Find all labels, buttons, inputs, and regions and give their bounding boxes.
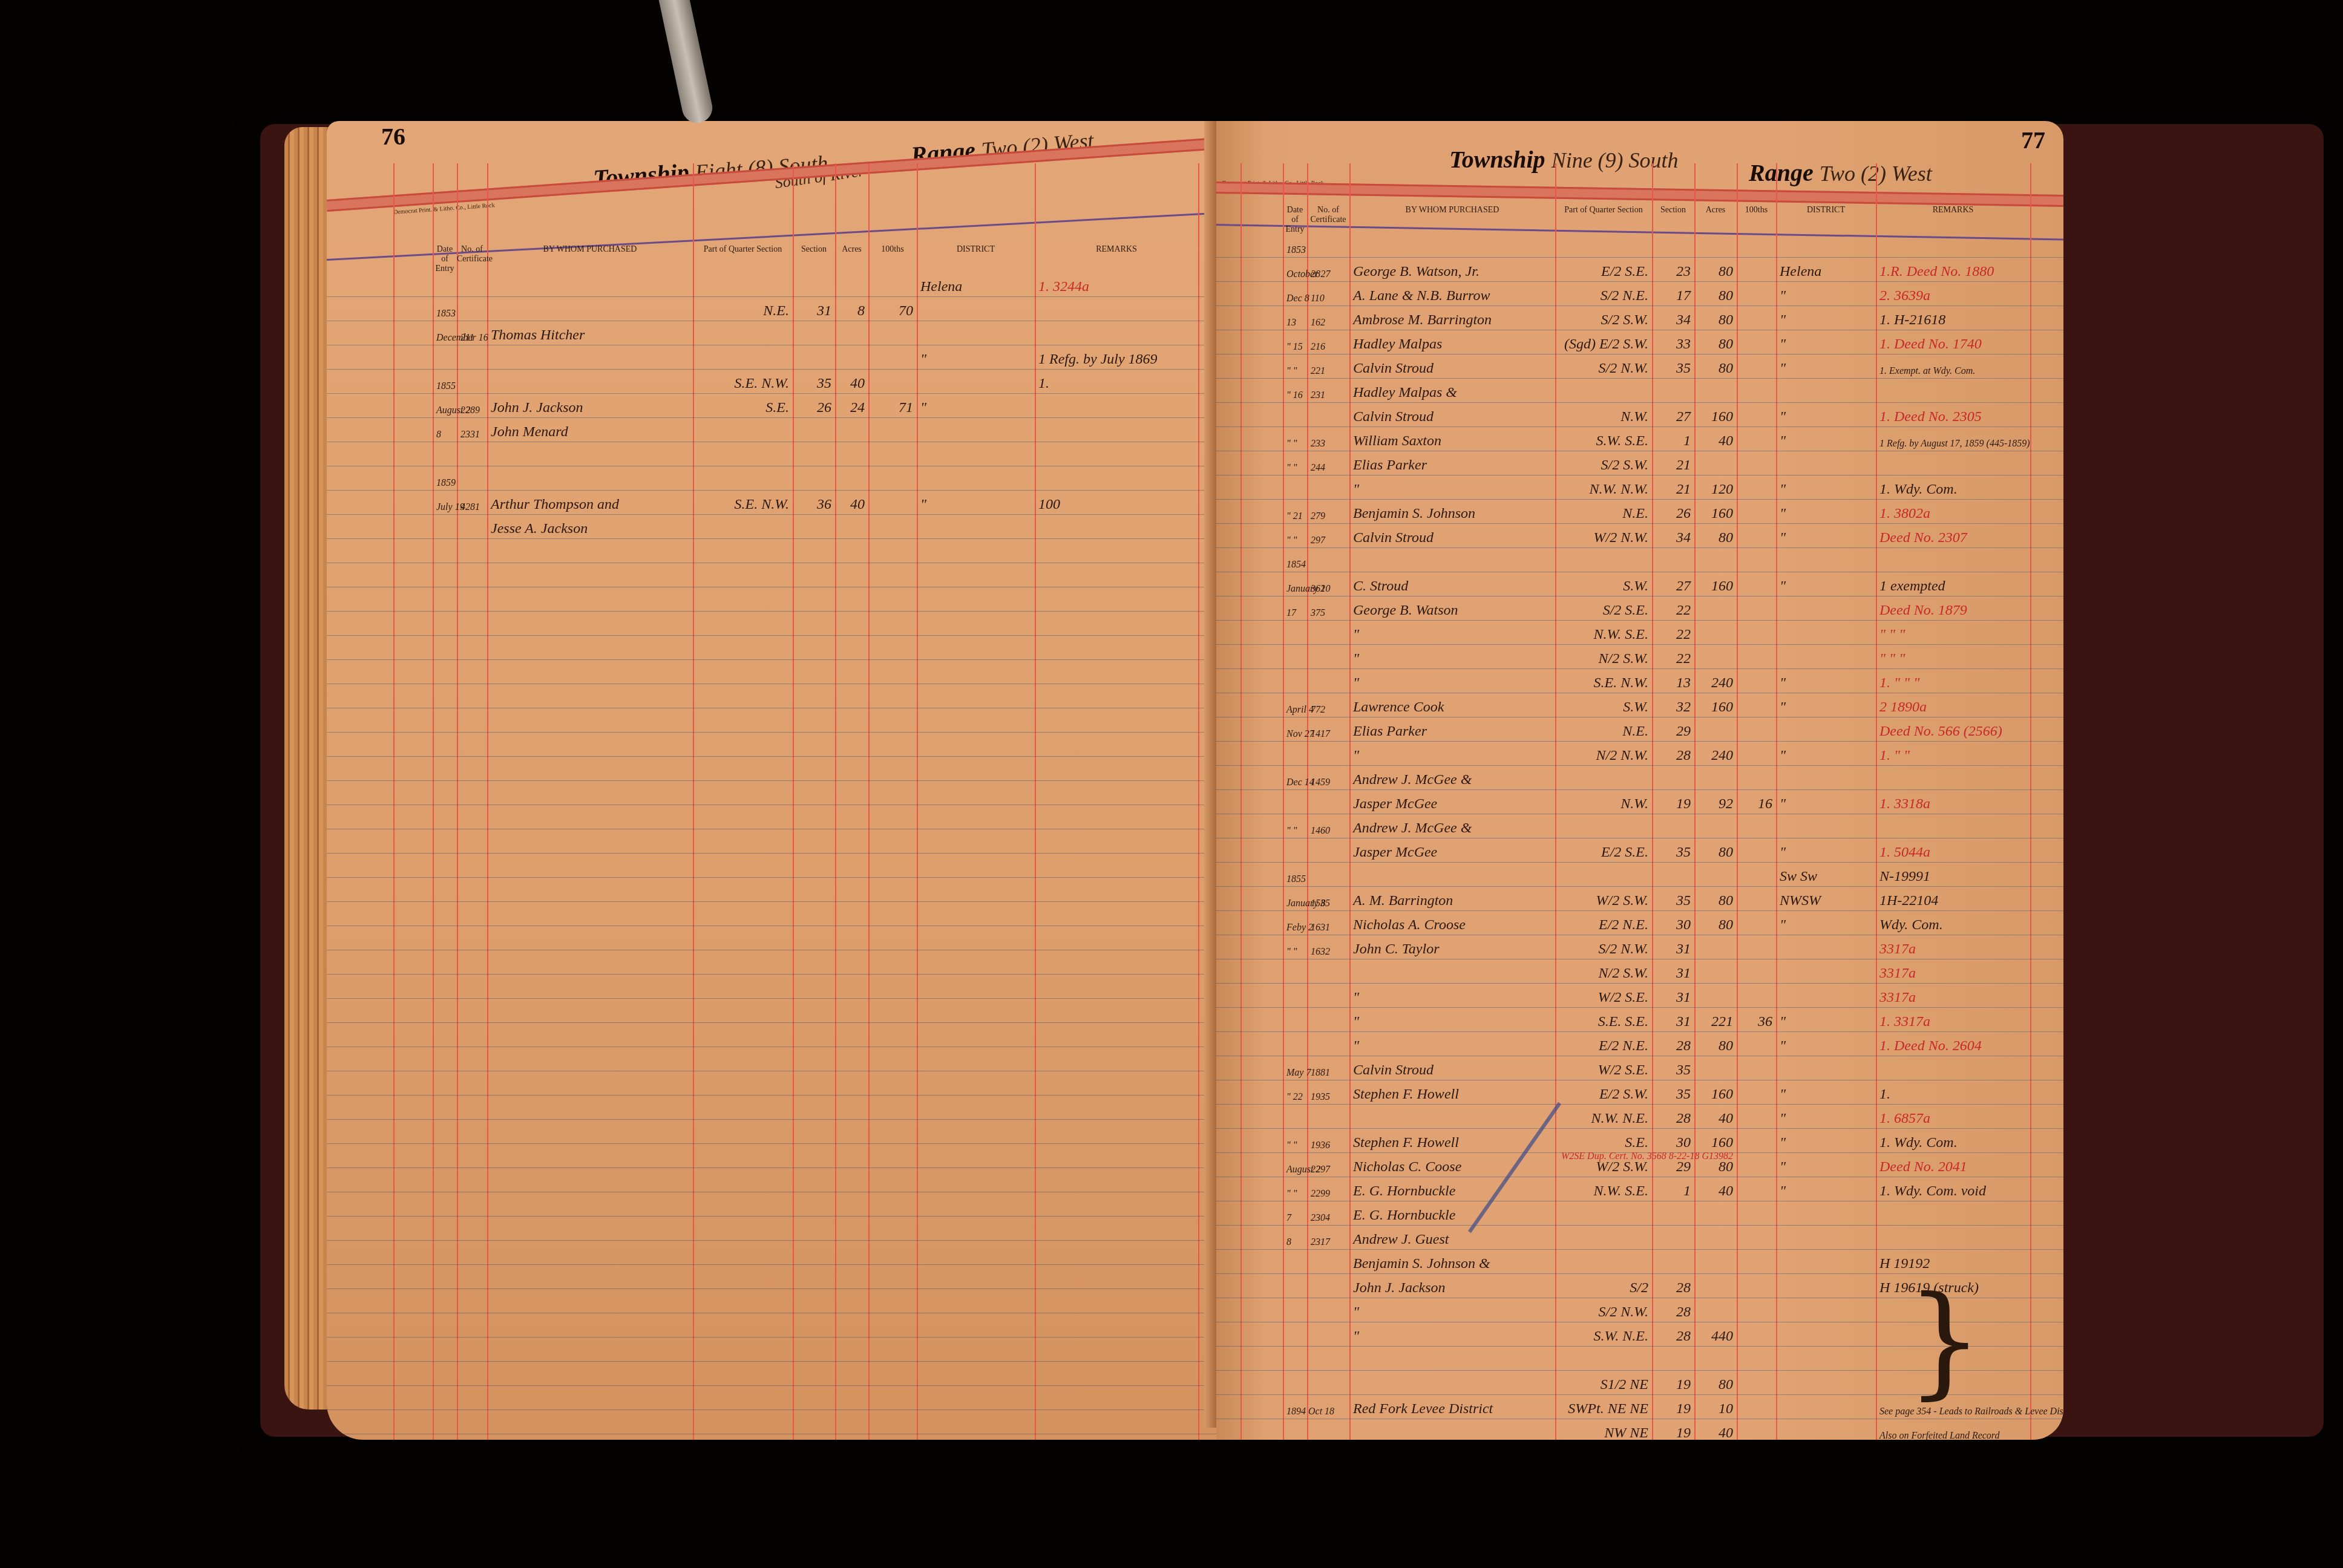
ledger-row: "E/2 N.E.2880"1. Deed No. 2604 [1216,1031,2063,1056]
date-of-entry: May 7 [1286,1068,1311,1079]
column-header-quarter-section: Part of Quarter Section [1555,206,1652,215]
quarter-section: S.E. [765,400,789,416]
acres: 80 [1719,336,1733,353]
district: " [1780,844,1786,861]
column-header-remarks: REMARKS [1035,245,1198,255]
purchaser-name: Thomas Hitcher [491,327,585,344]
remarks: 1. " " [1879,748,1910,764]
hundredths: 36 [1758,1014,1772,1030]
district: " [1780,530,1786,546]
acres: 8 [857,303,865,319]
section: 19 [1676,796,1691,812]
date-of-entry: " 16 [1286,390,1303,401]
district: " [1780,482,1786,498]
purchaser-name: Nicholas A. Croose [1353,917,1466,933]
ledger-row: 72304E. G. Hornbuckle [1216,1201,2063,1225]
ledger-row: " "1632John C. TaylorS/2 N.W.313317a [1216,935,2063,959]
purchaser-name: Hadley Malpas & [1353,385,1457,401]
hundredths: 70 [899,303,913,319]
quarter-section: W/2 N.W. [1594,530,1648,546]
acres: 92 [1719,796,1733,812]
purchaser-name: " [1353,1304,1359,1321]
purchaser-name: Nicholas C. Coose [1353,1159,1461,1175]
section: 35 [1676,361,1691,377]
acres: 80 [1719,288,1733,304]
certificate-number: 162 [1311,318,1325,328]
ruled-line [327,708,1216,708]
remarks: 1. Deed No. 1740 [1879,336,1982,353]
remarks: 1 Refg. by July 1869 [1038,351,1158,368]
section: 1 [1683,433,1691,449]
acres: 80 [1719,844,1733,861]
acres: 40 [850,376,865,392]
page-number: 77 [2021,126,2045,154]
column-header-district: DISTRICT [917,245,1035,255]
ledger-row: April 4772Lawrence CookS.W.32160"2 1890a [1216,693,2063,717]
ledger-row: October 2728George B. Watson, Jr.E/2 S.E… [1216,257,2063,281]
ruled-line [327,1216,1216,1217]
date-of-entry: " 15 [1286,342,1303,353]
remarks: 1. 3802a [1879,506,1930,522]
column-header-certificate-number: No. of Certificate [1307,206,1349,225]
date-of-entry: 1894 Oct 18 [1286,1406,1334,1417]
remarks: 1. H-21618 [1879,312,1945,328]
acres: 40 [850,497,865,513]
quarter-section: S.E. N.W. [1594,675,1648,691]
purchaser-name: Jasper McGee [1353,844,1437,861]
date-of-entry: 1855 [436,381,456,392]
district: " [920,497,926,513]
date-of-entry: Feby 2 [1286,923,1313,933]
district: " [1780,288,1786,304]
purchaser-name: " [1353,651,1359,667]
remarks: Wdy. Com. [1879,917,1943,933]
remarks: 1. Deed No. 2604 [1879,1038,1982,1054]
date-of-entry: 1854 [1286,560,1306,570]
certificate-number: 297 [1311,535,1325,546]
hundredths: 71 [899,400,913,416]
remarks: 1. 6857a [1879,1111,1930,1127]
quarter-section: S.W. N.E. [1594,1328,1648,1345]
section: 30 [1676,1135,1691,1151]
acres: 240 [1711,748,1733,764]
certificate-number: 216 [1311,342,1325,353]
acres: 80 [1719,530,1733,546]
purchaser-name: Andrew J. McGee & [1353,820,1472,837]
remarks: 1. Wdy. Com. [1879,482,1958,498]
quarter-section: S/2 N.W. [1599,941,1648,958]
acres: 80 [1719,312,1733,328]
ruled-line [327,998,1216,999]
purchaser-name: Benjamin S. Johnson [1353,506,1475,522]
section: 36 [817,497,831,513]
certificate-number: 221 [1311,366,1325,377]
section: 13 [1676,675,1691,691]
section: 28 [1676,1280,1691,1296]
certificate-number: 1881 [1311,1068,1330,1079]
district: " [1780,312,1786,328]
quarter-section: S1/2 NE [1601,1377,1648,1393]
township-header: Township Nine (9) South [1449,145,1679,174]
purchaser-name: " [1353,748,1359,764]
remarks: Deed No. 2307 [1879,530,1967,546]
quarter-section: S/2 S.E. [1603,603,1648,619]
remarks: 1. Exempt. at Wdy. Com. [1879,366,1975,377]
purchaser-name: C. Stroud [1353,578,1408,595]
acres: 80 [1719,264,1733,280]
quarter-section: NW NE [1604,1425,1648,1440]
acres: 80 [1719,361,1733,377]
purchaser-name: " [1353,1328,1359,1345]
ledger-row: NW NE1940Also on Forfeited Land Record [1216,1419,2063,1440]
purchaser-name: John Menard [491,424,568,440]
ledger-row: July 194281Arthur Thompson andS.E. N.W.3… [327,490,1216,514]
date-of-entry: April 4 [1286,705,1314,716]
certificate-number: 1936 [1311,1140,1330,1151]
section: 35 [1676,844,1691,861]
certificate-number: 2297 [1311,1165,1330,1175]
ledger-row: " "221Calvin StroudS/2 N.W.3580"1. Exemp… [1216,354,2063,378]
purchaser-name: Andrew J. McGee & [1353,772,1472,788]
township-value: Nine (9) South [1552,148,1679,172]
acres: 40 [1719,1183,1733,1200]
certificate-number: 1459 [1311,777,1330,788]
remarks: 1. " " " [1879,675,1919,691]
ruled-line [327,659,1216,660]
ledger-row: "N/2 N.W.28240"1. " " [1216,741,2063,765]
section: 21 [1676,482,1691,498]
quarter-section: E/2 N.E. [1599,917,1648,933]
ruled-line [327,1143,1216,1144]
ruled-line [327,950,1216,950]
certificate-number: 4281 [460,502,480,513]
quarter-section: S.W. S.E. [1596,433,1648,449]
purchaser-name: George B. Watson, Jr. [1353,264,1480,280]
ruled-line [327,805,1216,805]
date-of-entry: 1855 [1286,874,1306,885]
section: 27 [1676,409,1691,425]
purchaser-name: John J. Jackson [1353,1280,1446,1296]
remarks: " " " [1879,627,1905,643]
section: 27 [1676,578,1691,595]
quarter-section: (Sgd) E/2 S.W. [1564,336,1648,353]
date-of-entry: " " [1286,1189,1297,1200]
acres: 160 [1711,409,1733,425]
ruled-line [327,926,1216,926]
acres: 160 [1711,506,1733,522]
section: 17 [1676,288,1691,304]
district: " [1780,1014,1786,1030]
section: 26 [817,400,831,416]
remarks: 1. Wdy. Com. [1879,1135,1958,1151]
column-header-purchaser-name: BY WHOM PURCHASED [1349,206,1555,215]
purchaser-name: Calvin Stroud [1353,1062,1434,1079]
purchaser-name: John C. Taylor [1353,941,1439,958]
purchaser-name: Stephen F. Howell [1353,1135,1459,1151]
remarks: 1 Refg. by August 17, 1859 (445-1859) [1879,439,2030,449]
ledger-row: Feby 21631Nicholas A. CrooseE/2 N.E.3080… [1216,910,2063,935]
remarks: 1. Deed No. 2305 [1879,409,1982,425]
acres: 40 [1719,433,1733,449]
certificate-number: 1632 [1311,947,1330,958]
district: " [1780,1159,1786,1175]
section: 19 [1676,1425,1691,1440]
district: NWSW [1780,893,1821,909]
purchaser-name: Calvin Stroud [1353,361,1434,377]
remarks: 1H-22104 [1879,893,1938,909]
ruled-line [327,1410,1216,1410]
ledger-row: " 221935Stephen F. HowellE/2 S.W.35160"1… [1216,1080,2063,1104]
ledger-row: "N/2 S.W.22" " " [1216,644,2063,668]
date-of-entry: " " [1286,535,1297,546]
acres: 160 [1711,1086,1733,1103]
ledger-row: " 15216Hadley Malpas(Sgd) E/2 S.W.3380"1… [1216,330,2063,354]
quarter-section: N.E. [1622,724,1648,740]
purchaser-name: E. G. Hornbuckle [1353,1207,1455,1224]
quarter-section: S.E. N.W. [735,497,789,513]
district: " [1780,1086,1786,1103]
district: " [1780,748,1786,764]
ledger-row: "W/2 S.E.313317a [1216,983,2063,1007]
section: 30 [1676,917,1691,933]
certificate-number: 2289 [460,405,480,416]
certificate-number: 2299 [1311,1189,1330,1200]
header-rule [327,137,1214,211]
remarks: 1. [1879,1086,1890,1103]
ruled-line [327,732,1216,733]
ledger-row: "N.W. S.E.22" " " [1216,620,2063,644]
section: 26 [1676,506,1691,522]
purchaser-name: E. G. Hornbuckle [1353,1183,1455,1200]
remarks: 1. 3317a [1879,1014,1930,1030]
section: 35 [1676,1086,1691,1103]
date-of-entry: " " [1286,826,1297,837]
remarks: 100 [1038,497,1060,513]
district: " [1780,433,1786,449]
acres: 240 [1711,675,1733,691]
remarks: Deed No. 2041 [1879,1159,1967,1175]
section: 28 [1676,1038,1691,1054]
date-of-entry: " " [1286,439,1297,449]
district: " [1780,409,1786,425]
quarter-section: E/2 S.E. [1601,264,1648,280]
bracket-mark: } [1906,1270,1983,1411]
ruled-line [327,1119,1216,1120]
purchaser-name: William Saxton [1353,433,1441,449]
ledger-row: Calvin StroudN.W.27160"1. Deed No. 2305 [1216,402,2063,426]
acres: 80 [1719,1038,1733,1054]
acres: 80 [1719,1377,1733,1393]
purchaser-name: Elias Parker [1353,724,1427,740]
quarter-section: N.W. S.E. [1594,1183,1648,1200]
remarks: 1. 3244a [1038,279,1089,295]
ledger-row: Dec 141459Andrew J. McGee & [1216,765,2063,789]
date-of-entry: " " [1286,463,1297,474]
certificate-number: 1535 [1311,898,1330,909]
certificate-number: 231 [1311,390,1325,401]
quarter-section: S.E. [1625,1135,1648,1151]
section: 19 [1676,1401,1691,1417]
ledger-row: " "1936Stephen F. HowellS.E.30160"1. Wdy… [1216,1128,2063,1152]
ruled-line [327,780,1216,781]
purchaser-name: " [1353,1014,1359,1030]
ruled-line [327,1434,1216,1434]
column-header-certificate-number: No. of Certificate [457,245,487,264]
column-header-date-of-entry: Date of Entry [1283,206,1307,235]
remarks: Deed No. 566 (2566) [1879,724,2002,740]
ruled-line [327,1361,1216,1362]
remarks: Deed No. 1879 [1879,603,1967,619]
section: 29 [1676,724,1691,740]
section: 33 [1676,336,1691,353]
quarter-section: W/2 S.E. [1598,990,1648,1006]
ledger-row: 1854 [1216,547,2063,572]
remarks: 1 exempted [1879,578,1945,595]
ruled-line [327,1192,1216,1192]
column-header-acres: Acres [1694,206,1737,215]
ruled-line [327,684,1216,684]
district: " [1780,1135,1786,1151]
quarter-section: N.W. [1620,409,1648,425]
quarter-section: S.W. [1623,578,1648,595]
section: 29 [1676,1159,1691,1175]
remarks: 1. 5044a [1879,844,1930,861]
certificate-number: 28 [1311,269,1320,280]
column-header-quarter-section: Part of Quarter Section [693,245,793,255]
ruled-line [327,1095,1216,1096]
ledger-row: Benjamin S. Johnson &H 19192 [1216,1249,2063,1273]
column-header-date-of-entry: Date of Entry [433,245,457,274]
ledger-row: " "244Elias ParkerS/2 S.W.21 [1216,451,2063,475]
ruled-line [327,901,1216,902]
certificate-number: 772 [1311,705,1325,716]
ruled-line [327,1385,1216,1386]
section: 23 [1676,264,1691,280]
ruled-line [327,974,1216,975]
date-of-entry: 1853 [436,309,456,319]
ruled-line [327,1337,1216,1338]
date-of-entry: " " [1286,366,1297,377]
district: " [1780,1111,1786,1127]
ledger-row: 1855Sw SwN-19991 [1216,862,2063,886]
certificate-number: 1417 [1311,729,1330,740]
ruled-line [327,1071,1216,1071]
section: 31 [1676,1014,1691,1030]
ledger-row: 1859 [327,466,1216,490]
ledger-row: August 22297Nicholas C. CooseW/2 S.W.298… [1216,1152,2063,1177]
district: " [1780,675,1786,691]
acres: 40 [1719,1111,1733,1127]
column-header-section: Section [793,245,835,255]
purchaser-name: " [1353,990,1359,1006]
ledger-row: " "233William SaxtonS.W. S.E.140"1 Refg.… [1216,426,2063,451]
ledger-row: N.W. N.E.2840"1. 6857a [1216,1104,2063,1128]
purchaser-name: Calvin Stroud [1353,409,1434,425]
quarter-section: E/2 N.E. [1599,1038,1648,1054]
ruled-line [327,829,1216,829]
quarter-section: S/2 N.W. [1599,361,1648,377]
quarter-section: S.E. S.E. [1598,1014,1648,1030]
district: " [1780,917,1786,933]
remarks: 1. 3318a [1879,796,1930,812]
ledger-row: Helena1. 3244a [327,272,1216,296]
ledger-row: 82331John Menard [327,417,1216,442]
date-of-entry: " " [1286,947,1297,958]
page-holder-blade [658,0,715,126]
remarks: 2. 3639a [1879,288,1930,304]
purchaser-name: Elias Parker [1353,457,1427,474]
quarter-section: W/2 S.W. [1596,893,1648,909]
certificate-number: 1935 [1311,1092,1330,1103]
ledger-row: 13162Ambrose M. BarringtonS/2 S.W.3480"1… [1216,305,2063,330]
date-of-entry: " 21 [1286,511,1303,522]
quarter-section: N.E. [763,303,789,319]
ruled-line [327,538,1216,539]
ledger-row: January 10362C. StroudS.W.27160"1 exempt… [1216,572,2063,596]
header-rule [1216,181,2063,207]
remarks: Also on Forfeited Land Record [1879,1431,2000,1440]
ledger-row: 82317Andrew J. Guest [1216,1225,2063,1249]
certificate-number: 233 [1311,439,1325,449]
date-of-entry: Dec 8 [1286,293,1309,304]
certificate-number: 1631 [1311,923,1330,933]
section: 28 [1676,1111,1691,1127]
quarter-section: W/2 S.E. [1598,1062,1648,1079]
ledger-row: August 22289John J. JacksonS.E.262471" [327,393,1216,417]
right-page: 77 Township Nine (9) South Range Two (2)… [1216,121,2063,1440]
quarter-section: N/2 S.W. [1599,965,1648,982]
ledger-row: Jesse A. Jackson [327,514,1216,538]
section: 34 [1676,530,1691,546]
section: 28 [1676,748,1691,764]
left-page: 76 Township Eight (8) South South of Riv… [327,121,1216,1440]
purchaser-name: Calvin Stroud [1353,530,1434,546]
ledger-row: " "1460Andrew J. McGee & [1216,814,2063,838]
purchaser-name: " [1353,482,1359,498]
purchaser-name: " [1353,627,1359,643]
acres: 80 [1719,1159,1733,1175]
quarter-section: E/2 S.W. [1599,1086,1648,1103]
section: 34 [1676,312,1691,328]
ledger-row: "S.E. N.W.13240"1. " " " [1216,668,2063,693]
ruled-line [327,877,1216,878]
district: " [1780,578,1786,595]
certificate-number: 2304 [1311,1213,1330,1224]
ledger-row: "N.W. N.W.21120"1. Wdy. Com. [1216,475,2063,499]
ruled-line [327,756,1216,757]
quarter-section: S/2 S.W. [1601,457,1648,474]
ruled-line [327,1264,1216,1265]
quarter-section: N.W. [1620,796,1648,812]
section: 28 [1676,1328,1691,1345]
ledger-row: 1855S.E. N.W.35401. [327,369,1216,393]
remarks: 2 1890a [1879,699,1927,716]
quarter-section: E/2 S.E. [1601,844,1648,861]
acres: 160 [1711,578,1733,595]
district: Sw Sw [1780,869,1817,885]
section: 22 [1676,651,1691,667]
ledger-row: January 81535A. M. BarringtonW/2 S.W.358… [1216,886,2063,910]
quarter-section: S/2 S.W. [1601,312,1648,328]
district: " [1780,1183,1786,1200]
certificate-number: 1460 [1311,826,1330,837]
quarter-section: S.W. [1623,699,1648,716]
ruled-line [327,1168,1216,1168]
district: " [1780,506,1786,522]
township-label: Township [1449,146,1545,173]
purchaser-name: Stephen F. Howell [1353,1086,1459,1103]
ledger-row: N/2 S.W.313317a [1216,959,2063,983]
